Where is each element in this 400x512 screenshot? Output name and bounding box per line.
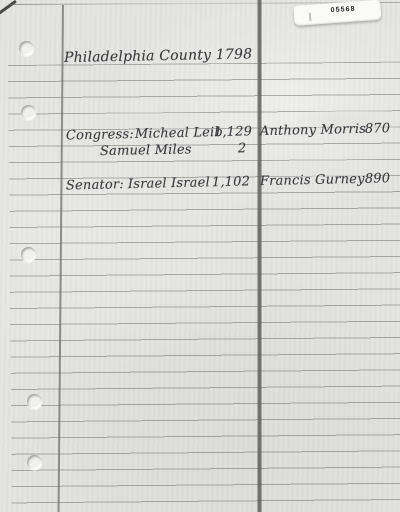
office-label: Congress:	[66, 127, 134, 144]
punch-hole-5	[27, 455, 42, 470]
candidate-name: Israel Israel	[128, 175, 210, 192]
vote-count: 1,129	[214, 124, 253, 140]
center-divider-line	[257, 0, 262, 512]
vote-count: 1,102	[212, 174, 251, 190]
punch-hole-3	[21, 247, 36, 262]
sticker-number: 05568	[330, 5, 355, 13]
opponent-name: Francis Gurney	[260, 172, 365, 189]
opponent-vote-count: 890	[365, 171, 391, 187]
punch-hole-1	[19, 41, 34, 56]
candidate-name: Micheal Leib	[135, 125, 223, 142]
vote-count: 2	[238, 141, 247, 156]
candidate-name: Samuel Miles	[100, 142, 192, 159]
punch-hole-4	[27, 394, 42, 409]
catalog-sticker: 05568	[293, 0, 381, 26]
opponent-vote-count: 870	[365, 121, 391, 137]
scanned-ledger-page: 05568 Philadelphia County 1798 Congress:…	[0, 0, 400, 512]
sticker-print-mark	[309, 13, 311, 21]
office-label: Senator:	[66, 177, 124, 193]
opponent-name: Anthony Morris	[260, 122, 367, 139]
punch-hole-2	[21, 105, 36, 120]
